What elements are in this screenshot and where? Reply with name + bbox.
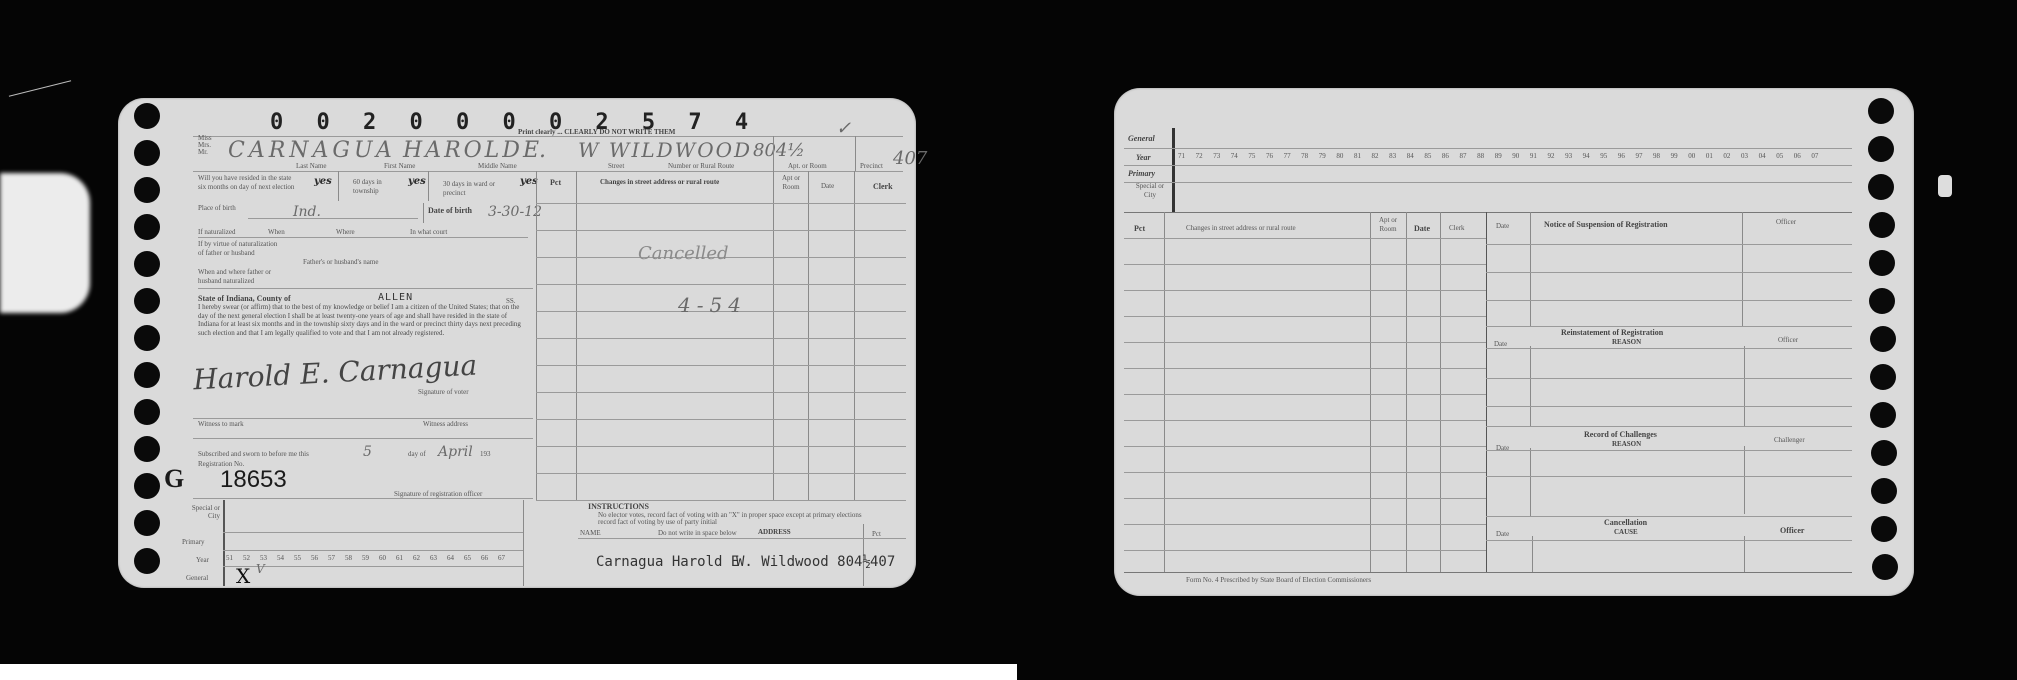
state-county-label: State of Indiana, County of: [198, 294, 291, 303]
birth-place-label: Place of birth: [198, 204, 236, 212]
residency-q1-answer: yes: [314, 176, 332, 187]
father-name-label: Father's or husband's name: [303, 258, 378, 266]
bottom-pct-value: 407: [870, 554, 895, 570]
header-instruction: Print clearly ... CLEARLY DO NOT WRITE T…: [518, 128, 675, 136]
cancellation-officer-label: Officer: [1780, 526, 1804, 535]
street-value: W WILDWOOD: [578, 138, 752, 162]
birth-date-value: 3-30-12: [488, 204, 542, 220]
naturalized-when-label: When: [268, 228, 285, 236]
bottom-name-value: Carnagua Harold E: [596, 554, 739, 570]
naturalized-court-label: In what court: [410, 228, 447, 236]
serial-number: 0 0 2 0 0 0 0 2 5 7 4: [270, 110, 758, 135]
reinstatement-officer-label: Officer: [1778, 336, 1798, 344]
residency-q2-answer: yes: [408, 176, 426, 187]
street-label: Street: [608, 162, 624, 170]
number-label: Number or Rural Route: [668, 162, 734, 170]
oath-text: I hereby swear (or affirm) that to the b…: [198, 303, 528, 337]
instructions-line2: record fact of voting by use of party in…: [598, 518, 717, 526]
front-changes-header-date: Date: [821, 182, 834, 190]
general-vote-mark-v: V: [256, 562, 265, 576]
back-year-row: 71 72 73 74 75 76 77 78 79 80 81 82 83 8…: [1178, 152, 1829, 160]
front-changes-header-clerk: Clerk: [873, 182, 893, 191]
title-option-mr: Mr.: [198, 148, 208, 156]
suspension-title: Notice of Suspension of Registration: [1544, 220, 1668, 229]
witness-address-label: Witness address: [423, 420, 468, 428]
dust-speck: [1938, 175, 1952, 197]
cancel-date-note: 4-54: [678, 293, 747, 317]
scratch-mark: [9, 80, 71, 96]
back-grid-label-special: Special or City: [1132, 182, 1168, 199]
back-registration-card: General Year Primary Special or City 71 …: [1114, 88, 1914, 596]
challenges-challenger-label: Challenger: [1774, 436, 1805, 444]
middle-name-label: Middle Name: [478, 162, 517, 170]
front-changes-header-pct: Pct: [550, 178, 561, 187]
front-registration-card: 0 0 2 0 0 0 0 2 5 7 4 Print clearly ... …: [118, 98, 916, 588]
challenges-reason-label: REASON: [1612, 440, 1641, 448]
reinstatement-date-label: Date: [1494, 340, 1507, 348]
challenges-title: Record of Challenges: [1584, 430, 1657, 439]
instructions-title: INSTRUCTIONS: [588, 502, 649, 511]
back-changes-header-address: Changes in street address or rural route: [1186, 224, 1296, 232]
reinstatement-title: Reinstatement of Registration: [1561, 328, 1663, 337]
general-vote-mark-x: X: [236, 564, 250, 588]
suspension-date-label: Date: [1496, 222, 1509, 230]
ward-letter: G: [164, 464, 184, 494]
grid-label-special: Special or City: [184, 504, 220, 520]
where-when-father-label: When and where father or husband natural…: [198, 268, 293, 285]
county-value: ALLEN: [378, 292, 413, 303]
back-grid-label-primary: Primary: [1128, 169, 1155, 178]
by-virtue-label: If by virtue of naturalization of father…: [198, 240, 278, 257]
if-naturalized-label: If naturalized: [198, 228, 236, 236]
residency-q3-label: 30 days in ward or precinct: [443, 180, 513, 197]
bottom-pct-label: Pct: [872, 530, 881, 538]
precinct-label: Precinct: [860, 162, 883, 170]
back-changes-header-clerk: Clerk: [1449, 224, 1465, 232]
day-of-label: day of: [408, 450, 426, 458]
cancelled-note: Cancelled: [638, 243, 729, 264]
front-changes-header-address: Changes in street address or rural route: [600, 178, 719, 186]
back-changes-header-date: Date: [1414, 224, 1430, 233]
front-changes-header-apt: Apt or Room: [778, 174, 804, 191]
bottom-address-value: W. Wildwood 804½: [736, 554, 871, 570]
number-value: 804½: [753, 140, 805, 161]
subscribed-month: April: [438, 444, 473, 460]
bottom-address-label: ADDRESS: [758, 528, 791, 536]
first-name-value: HAROLD: [403, 138, 523, 163]
subscribed-label: Subscribed and sworn to before me this: [198, 450, 309, 458]
first-name-label: First Name: [384, 162, 415, 170]
back-grid-label-general: General: [1128, 134, 1155, 143]
back-grid-label-year: Year: [1136, 153, 1151, 162]
back-voting-grid: General Year Primary Special or City 71 …: [1124, 128, 1852, 212]
light-glare-blob: [0, 173, 90, 313]
middle-name-value: E.: [523, 138, 546, 163]
front-year-row: 51 52 53 54 55 56 57 58 59 60 61 62 63 6…: [226, 554, 515, 562]
signature-label: Signature of voter: [418, 388, 469, 396]
residency-q2-label: 60 days in township: [353, 178, 403, 195]
subscribed-day: 5: [363, 444, 372, 460]
do-not-write-label: Do not write in space below: [658, 529, 737, 537]
bottom-name-label: NAME: [580, 529, 601, 537]
witness-label: Witness to mark: [198, 420, 244, 428]
front-voting-grid: Special or City Primary Year General 51 …: [178, 500, 524, 586]
last-name-value: CARNAGUA: [228, 138, 396, 163]
cancellation-cause-label: CAUSE: [1614, 528, 1638, 536]
grid-label-year: Year: [196, 556, 209, 564]
registration-number: 18653: [220, 466, 287, 494]
suspension-officer-label: Officer: [1776, 218, 1796, 226]
cancellation-title: Cancellation: [1604, 518, 1647, 527]
precinct-value: 407: [893, 148, 927, 169]
apt-label: Apt. or Room: [788, 162, 827, 170]
bottom-white-strip: [0, 664, 1017, 680]
back-changes-header-apt: Apt or Room: [1372, 216, 1404, 233]
back-changes-header-pct: Pct: [1134, 224, 1145, 233]
reinstatement-reason-label: REASON: [1612, 338, 1641, 346]
birth-date-label: Date of birth: [428, 206, 472, 215]
registration-officer-label: Signature of registration officer: [394, 490, 482, 498]
form-footer: Form No. 4 Prescribed by State Board of …: [1186, 576, 1371, 584]
subscribed-year: 193: [480, 450, 491, 458]
grid-label-general: General: [186, 574, 208, 582]
last-name-label: Last Name: [296, 162, 327, 170]
cancellation-date-label: Date: [1496, 530, 1509, 538]
grid-label-primary: Primary: [182, 538, 205, 546]
residency-q1-label: Will you have resided in the state six m…: [198, 174, 298, 191]
naturalized-where-label: Where: [336, 228, 355, 236]
